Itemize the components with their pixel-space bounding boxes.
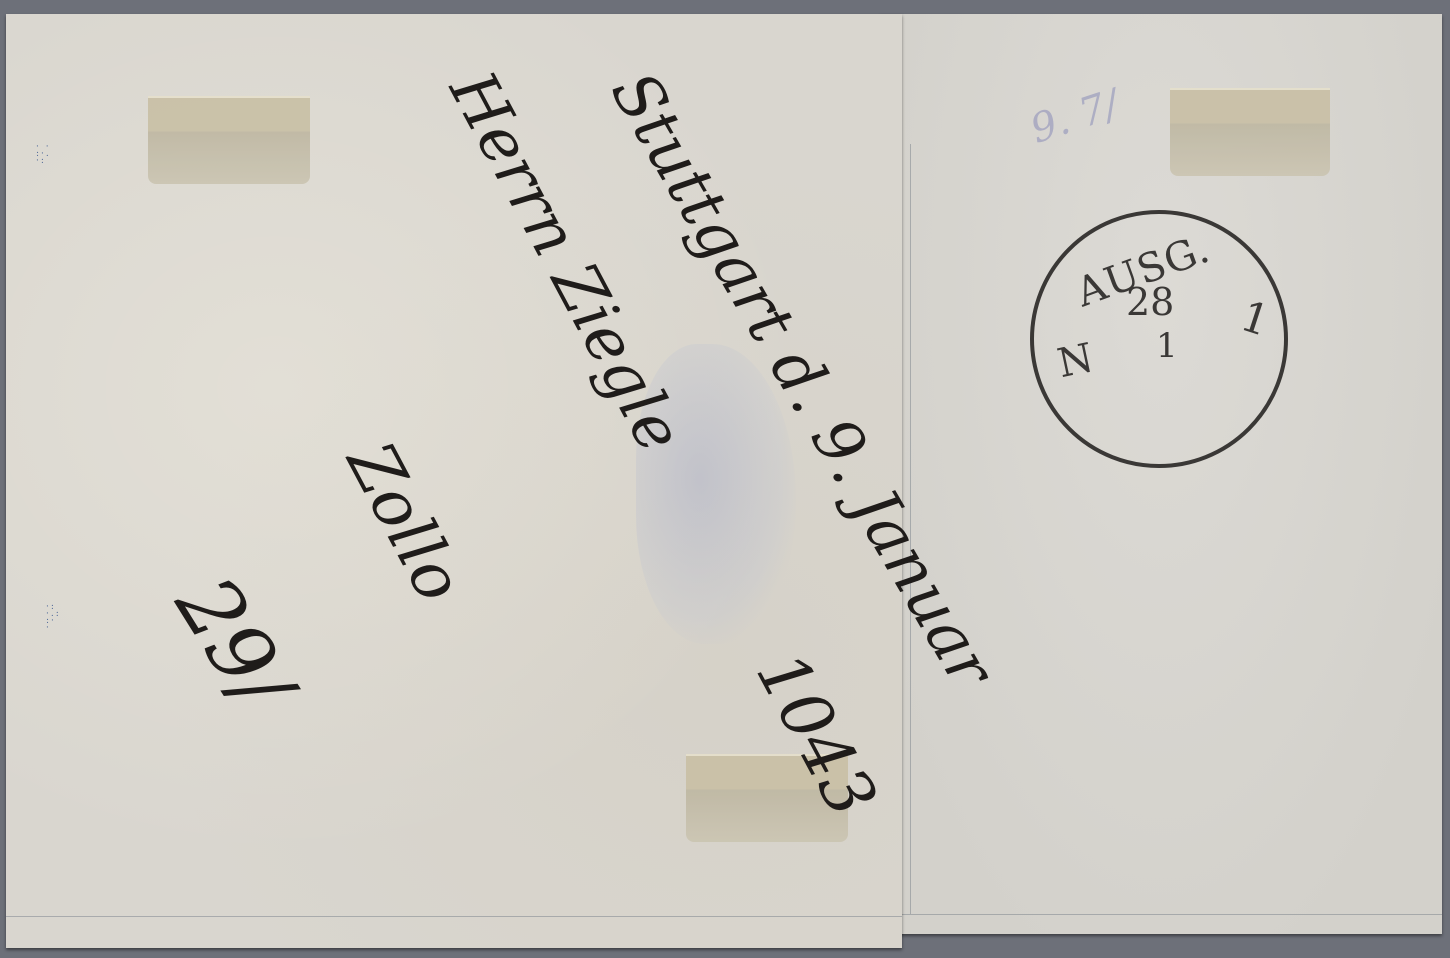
- postmark-circle: AUSG. 28 1 N 1: [1030, 210, 1288, 468]
- postmark-left-text: N: [1054, 335, 1098, 387]
- fold-line: [880, 914, 1442, 915]
- stamp-hinge: [1170, 88, 1330, 176]
- cover-front-panel: · ·:·. ·: ·: ·.::· ·: [6, 14, 902, 948]
- fold-line: [6, 916, 902, 917]
- postmark-right-text: 1: [1235, 291, 1276, 346]
- ink-spots: ·: ·.::· ·: [46, 604, 61, 632]
- cover-back-panel: 9. 7/: [880, 14, 1442, 934]
- pencil-note: 9. 7/: [1025, 81, 1125, 153]
- postmark-day: 28: [1126, 280, 1174, 324]
- postmark-month: 1: [1156, 326, 1178, 366]
- ink-spots: · ·:·. ·:: [36, 144, 51, 165]
- stamp-hinge: [148, 96, 310, 184]
